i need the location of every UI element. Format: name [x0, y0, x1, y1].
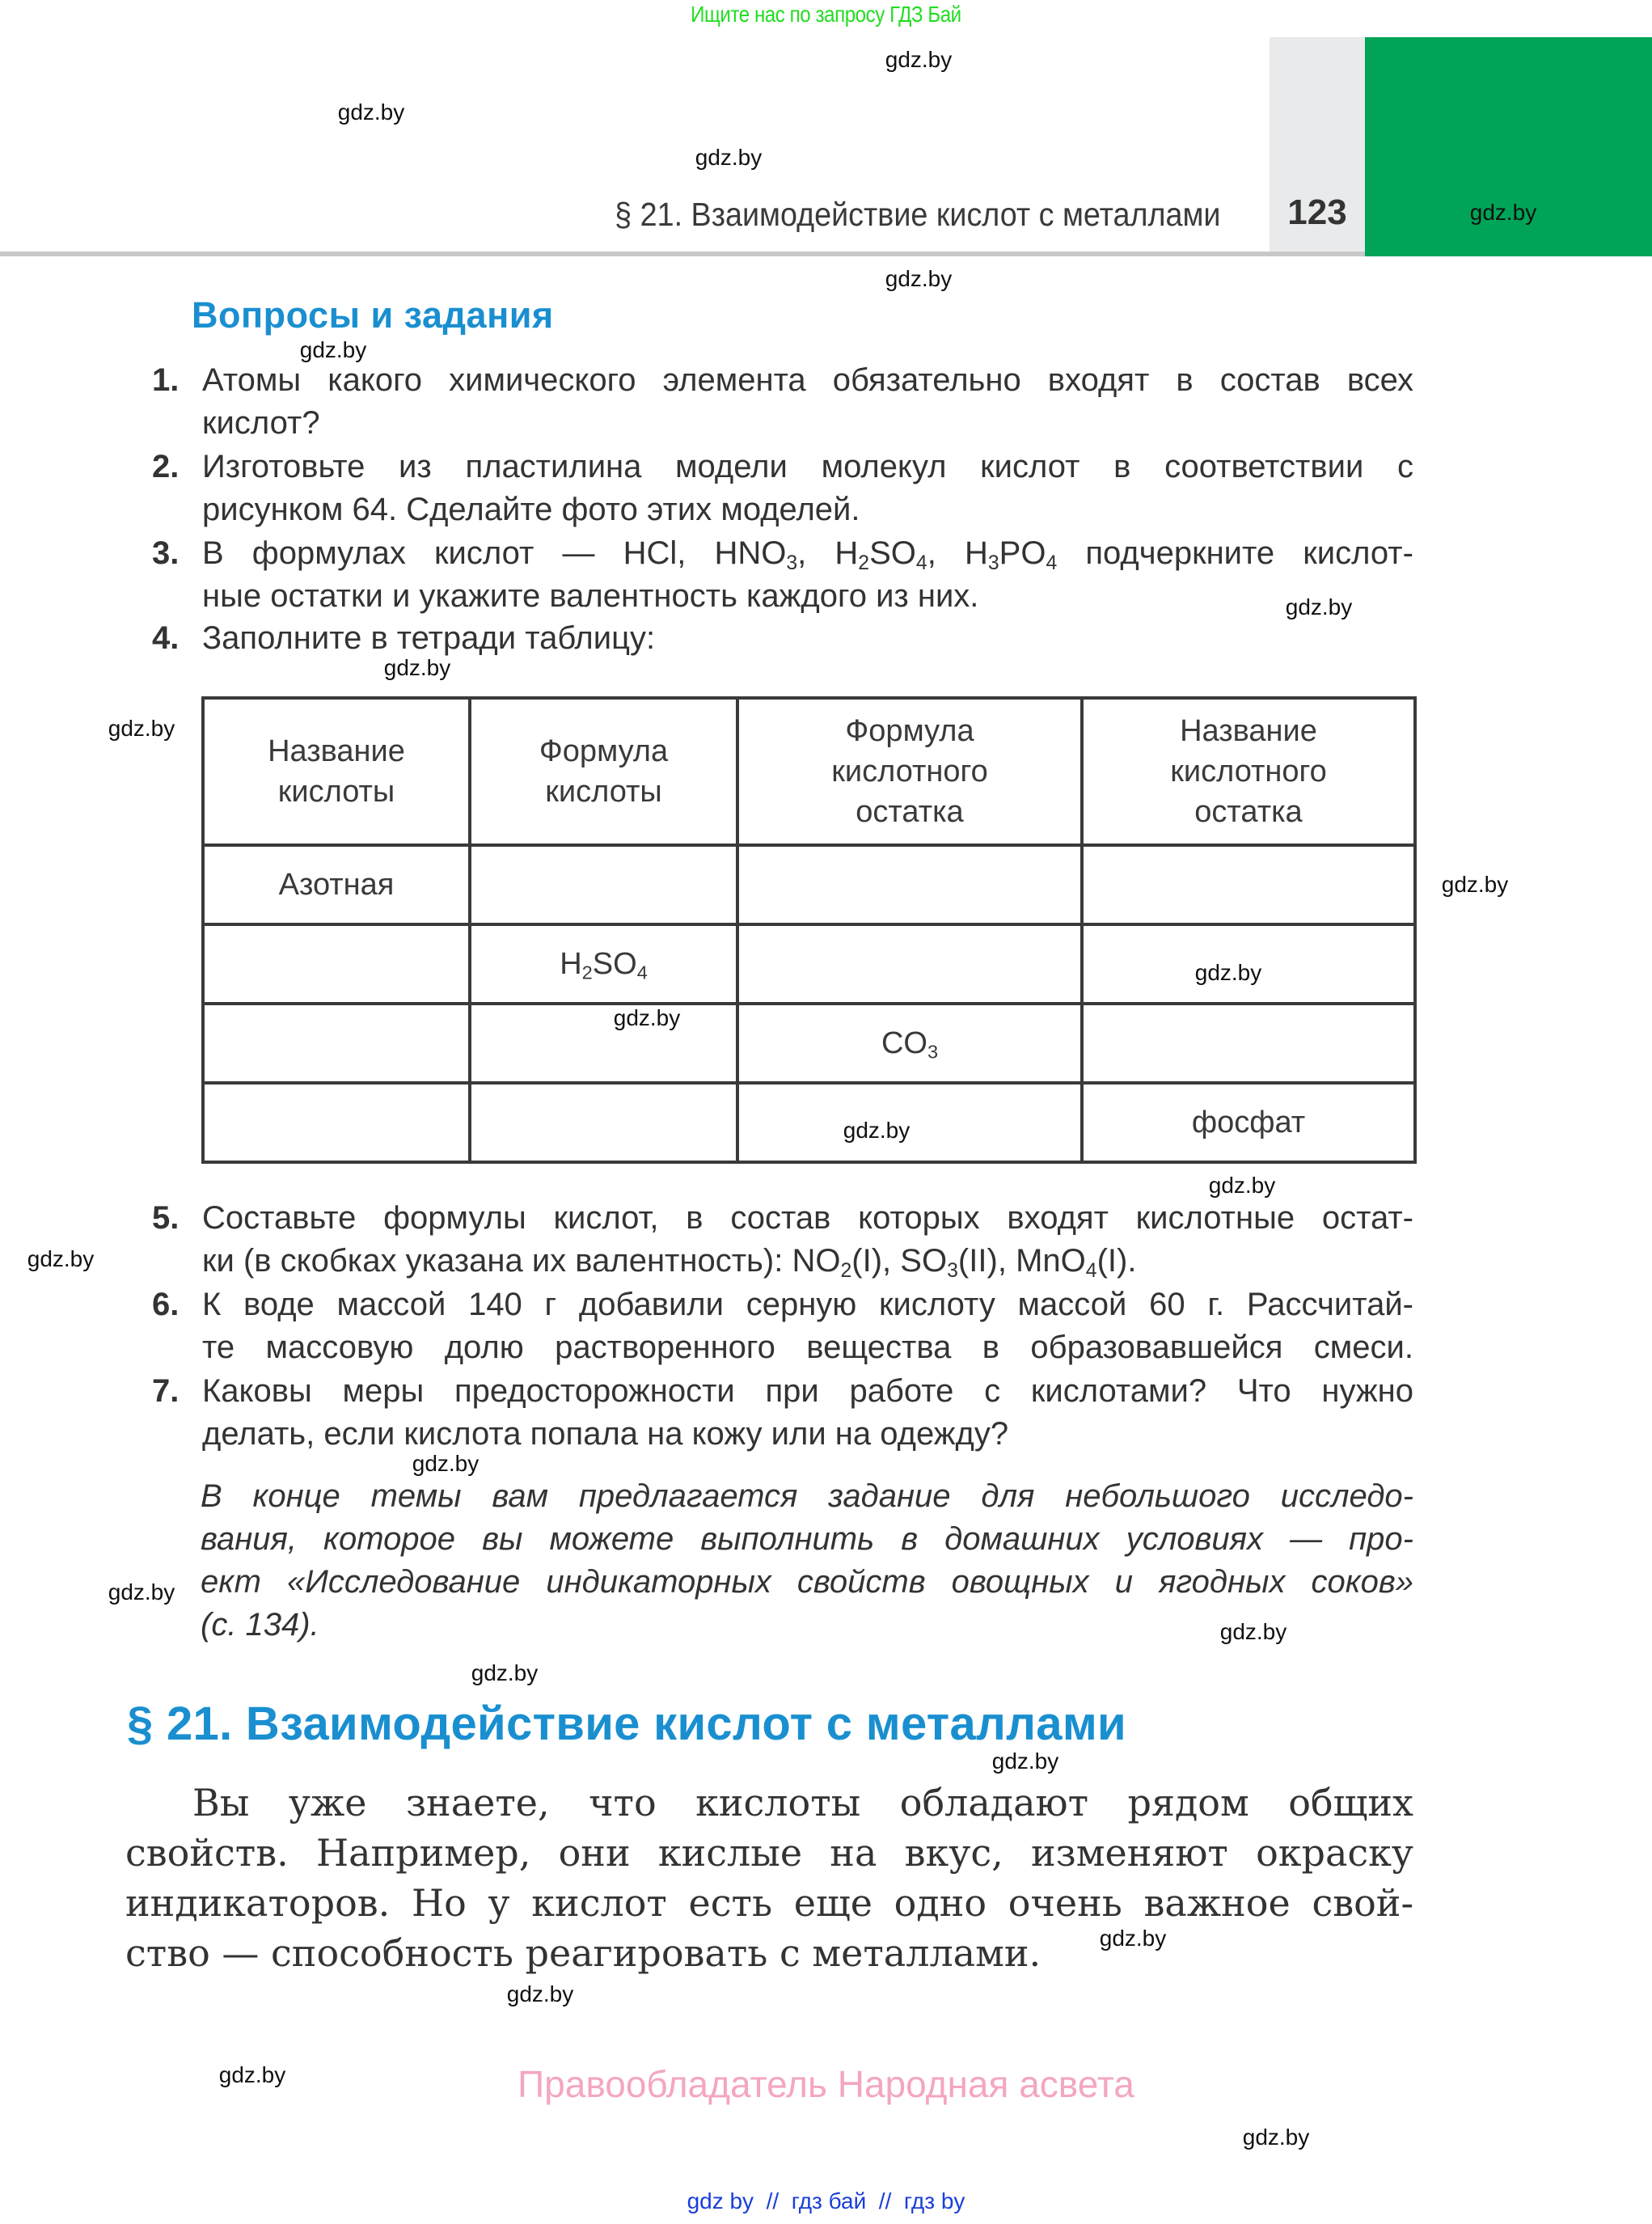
- table-cell[interactable]: H2SO4: [470, 924, 737, 1004]
- watermark: gdz.by: [471, 1660, 539, 1686]
- table-cell[interactable]: [470, 1004, 737, 1083]
- table-cell[interactable]: [470, 845, 737, 924]
- table-row: фосфат: [203, 1083, 1415, 1162]
- watermark: gdz.by: [27, 1246, 95, 1272]
- page-number: 123: [1270, 192, 1365, 233]
- table-row: Азотная: [203, 845, 1415, 924]
- question-text: Заполните в тетради таблицу:: [202, 618, 1413, 658]
- watermark: gdz.by: [1286, 594, 1353, 620]
- table-header-cell: Формула кислоты: [470, 698, 737, 845]
- watermark: gdz.by: [108, 1579, 175, 1605]
- watermark: gdz.by: [412, 1451, 480, 1477]
- paragraph-line: свойств. Например, они кислые на вкус, и…: [125, 1829, 1413, 1877]
- running-header-title: § 21. Взаимодействие кислот с металлами: [615, 196, 1220, 234]
- table-cell[interactable]: [1082, 1004, 1415, 1083]
- question-text: Атомы какого химического элемента обязат…: [202, 360, 1413, 400]
- table-cell[interactable]: [737, 845, 1082, 924]
- table-cell[interactable]: [1082, 845, 1415, 924]
- watermark: gdz.by: [300, 337, 367, 363]
- table-cell[interactable]: Азотная: [203, 845, 470, 924]
- watermark: gdz.by: [507, 1981, 574, 2007]
- paragraph-line: Вы уже знаете, что кислоты обладают рядо…: [192, 1778, 1413, 1827]
- watermark: gdz.by: [1100, 1926, 1167, 1951]
- watermark: gdz.by: [695, 145, 763, 171]
- watermark: gdz.by: [1209, 1173, 1276, 1199]
- question-text: те массовую долю растворенного вещества …: [202, 1327, 1413, 1368]
- watermark: gdz.by: [338, 99, 405, 125]
- question-number: 2.: [152, 446, 179, 487]
- question-number: 1.: [152, 360, 179, 400]
- watermark: gdz.by: [1220, 1619, 1287, 1645]
- watermark: gdz.by: [885, 266, 953, 292]
- watermark: gdz.by: [614, 1005, 681, 1031]
- section-heading: § 21. Взаимодействие кислот с металлами: [127, 1697, 1126, 1751]
- watermark: gdz.by: [1195, 960, 1262, 986]
- note-line: вания, которое вы можете выполнить в дом…: [201, 1519, 1413, 1559]
- watermark: gdz.by: [1243, 2125, 1310, 2150]
- watermark: gdz.by: [108, 716, 175, 742]
- paragraph-line: индикаторов. Но у кислот есть еще одно о…: [125, 1879, 1413, 1927]
- question-text: К воде массой 140 г добавили серную кисл…: [202, 1284, 1413, 1325]
- table-header-cell: Название кислоты: [203, 698, 470, 845]
- question-text: ные остатки и укажите валентность каждог…: [202, 576, 1413, 616]
- question-text: Составьте формулы кислот, в состав котор…: [202, 1198, 1413, 1238]
- watermark: gdz.by: [885, 47, 953, 73]
- table-cell[interactable]: [470, 1083, 737, 1162]
- question-text: кислот?: [202, 403, 1413, 443]
- questions-heading: Вопросы и задания: [192, 294, 554, 336]
- footer-links[interactable]: gdz by // гдз бай // гдз by: [0, 2188, 1652, 2214]
- note-line: В конце темы вам предлагается задание дл…: [201, 1476, 1413, 1516]
- watermark: gdz.by: [219, 2062, 286, 2088]
- question-number: 3.: [152, 533, 179, 573]
- header-divider: [0, 252, 1365, 256]
- table-header-row: Название кислоты Формула кислоты Формула…: [203, 698, 1415, 845]
- rights-holder-text: Правообладатель Народная асвета: [518, 2063, 1134, 2105]
- table-cell[interactable]: [203, 924, 470, 1004]
- watermark: gdz.by: [843, 1118, 911, 1144]
- table-cell[interactable]: CO3: [737, 1004, 1082, 1083]
- question-number: 5.: [152, 1198, 179, 1238]
- table-cell[interactable]: [203, 1004, 470, 1083]
- question-text: В формулах кислот — HCl, HNO3, H2SO4, H3…: [202, 533, 1413, 573]
- table-row: CO3: [203, 1004, 1415, 1083]
- watermark: gdz.by: [384, 655, 451, 681]
- watermark: gdz.by: [1442, 872, 1509, 898]
- table-header-cell: Формула кислотного остатка: [737, 698, 1082, 845]
- question-text: рисунком 64. Сделайте фото этих моделей.: [202, 489, 1413, 530]
- question-text: Каковы меры предосторожности при работе …: [202, 1371, 1413, 1411]
- question-number: 4.: [152, 618, 179, 658]
- table-cell[interactable]: [203, 1083, 470, 1162]
- question-number: 7.: [152, 1371, 179, 1411]
- question-text: ки (в скобках указана их валентность): N…: [202, 1241, 1413, 1281]
- question-text: Изготовьте из пластилина модели молекул …: [202, 446, 1413, 487]
- note-line: ект «Исследование индикаторных свойств о…: [201, 1562, 1413, 1602]
- question-text: делать, если кислота попала на кожу или …: [202, 1414, 1413, 1454]
- table-header-cell: Название кислотного остатка: [1082, 698, 1415, 845]
- acid-table: Название кислоты Формула кислоты Формула…: [201, 696, 1417, 1164]
- search-banner: Ищите нас по запросу ГДЗ Бай: [116, 2, 1536, 27]
- table-cell[interactable]: [737, 924, 1082, 1004]
- watermark: gdz.by: [1470, 200, 1537, 226]
- watermark: gdz.by: [992, 1748, 1059, 1774]
- table-cell[interactable]: фосфат: [1082, 1083, 1415, 1162]
- question-number: 6.: [152, 1284, 179, 1325]
- paragraph-line: ство — способность реагировать с металла…: [125, 1929, 1413, 1977]
